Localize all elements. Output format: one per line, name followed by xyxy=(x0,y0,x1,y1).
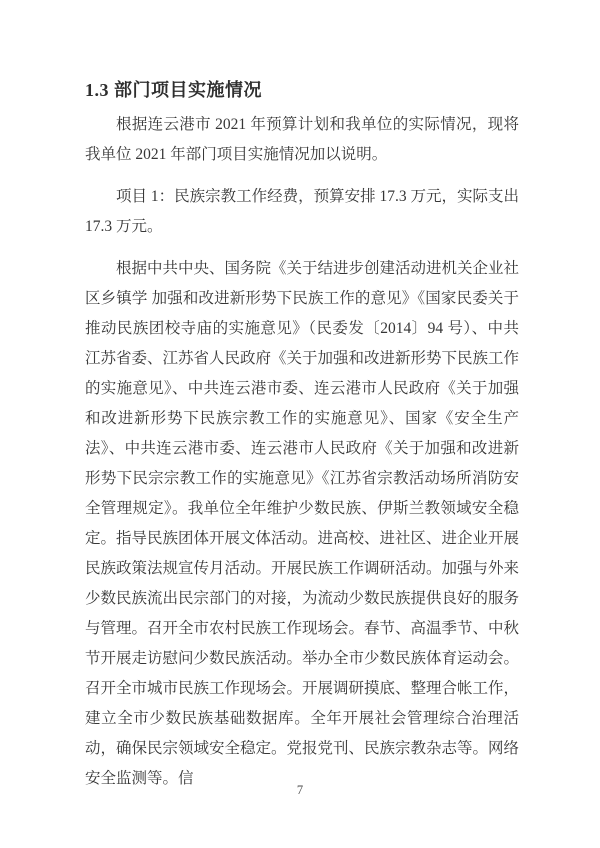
paragraph-intro: 根据连云港市 2021 年预算计划和我单位的实际情况，现将我单位 2021 年部… xyxy=(85,110,519,170)
page-content: 1.3 部门项目实施情况 根据连云港市 2021 年预算计划和我单位的实际情况，… xyxy=(85,77,519,806)
page-number: 7 xyxy=(0,783,600,798)
paragraph-project-detail: 根据中共中央、国务院《关于结进步创建活动进机关企业社区乡镇学 加强和改进新形势下… xyxy=(85,254,519,794)
paragraph-project-1: 项目 1：民族宗教工作经费，预算安排 17.3 万元，实际支出 17.3 万元。 xyxy=(85,182,519,242)
section-heading: 1.3 部门项目实施情况 xyxy=(85,77,519,103)
document-page: 1.3 部门项目实施情况 根据连云港市 2021 年预算计划和我单位的实际情况，… xyxy=(0,0,600,848)
